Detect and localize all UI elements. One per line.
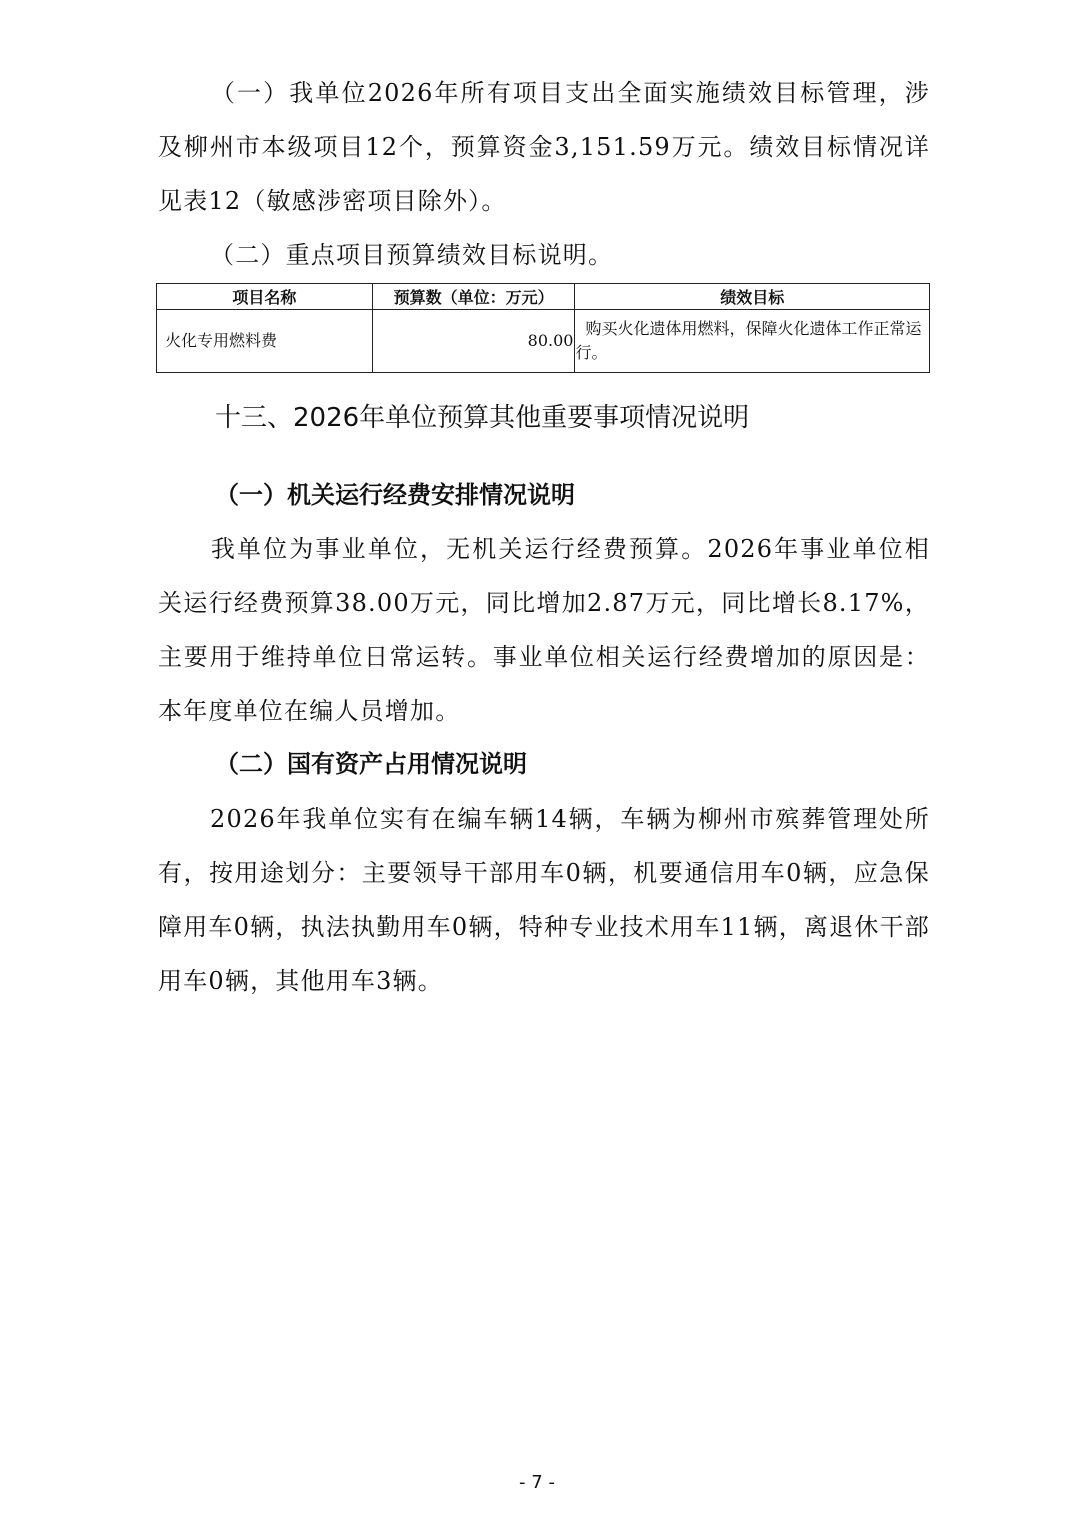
header-project-name: 项目名称 [157, 284, 373, 310]
operating-funds-paragraph: 我单位为事业单位，无机关运行经费预算。2026年事业单位相关运行经费预算38.0… [158, 522, 930, 738]
paragraph-text: （二）重点项目预算绩效目标说明。 [210, 241, 613, 269]
paragraph-text: （一）我单位2026年所有项目支出全面实施绩效目标管理，涉及柳州市本级项目12个… [158, 79, 930, 215]
section-13-title: 十三、2026年单位预算其他重要事项情况说明 [215, 394, 749, 442]
header-performance-goal: 绩效目标 [575, 284, 930, 310]
cell-performance-goal: 购买火化遗体用燃料，保障火化遗体工作正常运行。 [575, 310, 930, 373]
subsection-state-assets-title: （二）国有资产占用情况说明 [215, 742, 527, 786]
table-header-row: 项目名称 预算数（单位：万元） 绩效目标 [157, 284, 930, 310]
subsection-operating-funds-title: （一）机关运行经费安排情况说明 [215, 473, 575, 517]
header-budget-amount: 预算数（单位：万元） [372, 284, 575, 310]
cell-budget-amount: 80.00 [372, 310, 575, 373]
page-number: - 7 - [0, 1472, 1074, 1493]
performance-goal-table: 项目名称 预算数（单位：万元） 绩效目标 火化专用燃料费 80.00 购买火化遗… [156, 283, 930, 373]
paragraph-text: 2026年我单位实有在编车辆14辆，车辆为柳州市殡葬管理处所有，按用途划分：主要… [158, 805, 930, 995]
key-project-intro: （二）重点项目预算绩效目标说明。 [158, 228, 930, 282]
state-assets-paragraph: 2026年我单位实有在编车辆14辆，车辆为柳州市殡葬管理处所有，按用途划分：主要… [158, 792, 930, 1008]
cell-project-name: 火化专用燃料费 [157, 310, 373, 373]
table-row: 火化专用燃料费 80.00 购买火化遗体用燃料，保障火化遗体工作正常运行。 [157, 310, 930, 373]
performance-management-paragraph: （一）我单位2026年所有项目支出全面实施绩效目标管理，涉及柳州市本级项目12个… [158, 66, 930, 228]
paragraph-text: 我单位为事业单位，无机关运行经费预算。2026年事业单位相关运行经费预算38.0… [158, 535, 930, 725]
